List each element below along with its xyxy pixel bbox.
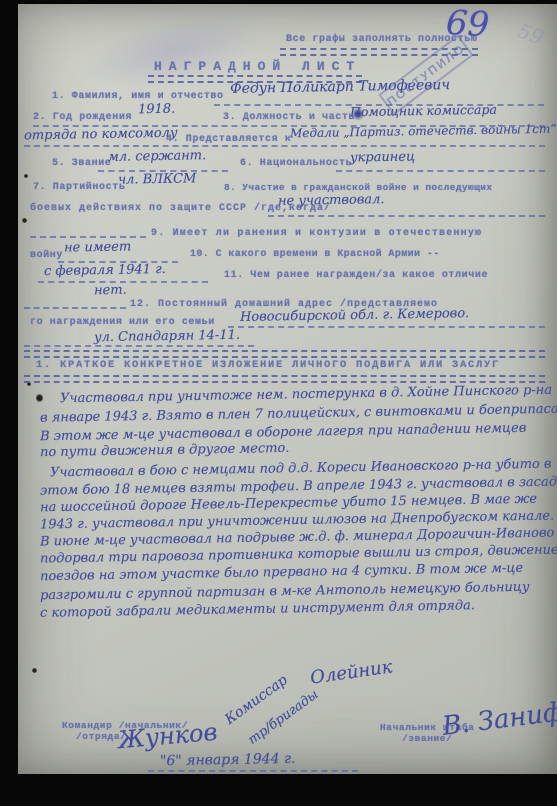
- field-label-position: 3. Должность и часть: [223, 112, 355, 123]
- field-label-wounds-2: войну: [30, 250, 63, 261]
- field-value-home-address-1: Новосибирской обл. г. Кемерово.: [240, 306, 469, 325]
- paper-spot: [24, 174, 28, 178]
- field-value-nationality: украинец: [350, 149, 415, 165]
- rule-line: [24, 145, 545, 147]
- rule-line: [24, 350, 545, 358]
- paper-spot: [32, 668, 37, 673]
- field-label-civil-war: 8. Участие в гражданской войне и последу…: [224, 182, 492, 193]
- chief-of-staff-signature: В. Заниф.: [441, 696, 557, 742]
- rule-line: [148, 770, 358, 772]
- field-label-birth-year: 2. Год рождения: [33, 112, 132, 123]
- rule-line: [24, 375, 545, 383]
- field-value-position-2: отряда по комсомолу: [24, 126, 178, 144]
- rule-line: [24, 345, 254, 347]
- field-label-prior-awards: 11. Чем ранее награжден/за какое отличие: [224, 270, 488, 281]
- field-value-party: чл. ВЛКСМ: [118, 171, 197, 187]
- document-date: "6" января 1944 г.: [160, 751, 296, 769]
- section-header-merit-description: 1. КРАТКОЕ КОНКРЕТНОЕ ИЗЛОЖЕНИЕ ЛИЧНОГО …: [36, 359, 500, 371]
- paper-spot: [22, 218, 27, 223]
- field-value-civil-war: не участвовал.: [278, 192, 385, 209]
- field-value-wounds: не имеет: [64, 239, 132, 255]
- field-value-red-army-since: с февраля 1941 г.: [44, 262, 166, 279]
- field-label-home-address-2: го награждения или его семьи: [30, 317, 215, 328]
- field-value-rank: мл. сержант.: [108, 148, 206, 165]
- field-label-wounds: 9. Имеет ли ранения и контузии в отечест…: [151, 228, 482, 239]
- field-value-birth-year: 1918.: [138, 102, 175, 118]
- field-label-nominated-for: 4. Представляется к: [166, 134, 291, 145]
- field-label-party: 7. Партийность: [33, 182, 125, 193]
- narrative-line: по пути движения в другое место.: [40, 441, 290, 460]
- scanned-document: 69 59 Все графы заполнять полностью ПОСТ…: [0, 0, 557, 806]
- rule-line: [268, 215, 545, 217]
- paper-spot: [36, 394, 43, 402]
- field-label-name: 1. Фамилия, имя и отчество: [52, 91, 224, 102]
- rule-line: [30, 236, 146, 238]
- rule-line: [336, 170, 545, 172]
- field-value-prior-awards: нет.: [94, 283, 127, 299]
- rule-line: [228, 326, 545, 328]
- document-title: НАГРАДНОЙ ЛИСТ: [154, 59, 361, 74]
- page-number-faint: 59: [515, 18, 547, 49]
- field-value-position-1: Помощник комиссара: [350, 102, 497, 120]
- field-value-home-address-2: ул. Спандарян 14-11.: [94, 328, 240, 346]
- field-label-red-army-since: 10. С какого времени в Красной Армии --: [190, 249, 440, 260]
- field-label-nationality: 6. Национальность: [240, 158, 352, 169]
- rule-line: [24, 307, 126, 309]
- commissar-signature: Олейник: [309, 656, 394, 688]
- field-label-rank: 5. Звание: [52, 158, 111, 169]
- document-page: 69 59 Все графы заполнять полностью ПОСТ…: [18, 4, 557, 774]
